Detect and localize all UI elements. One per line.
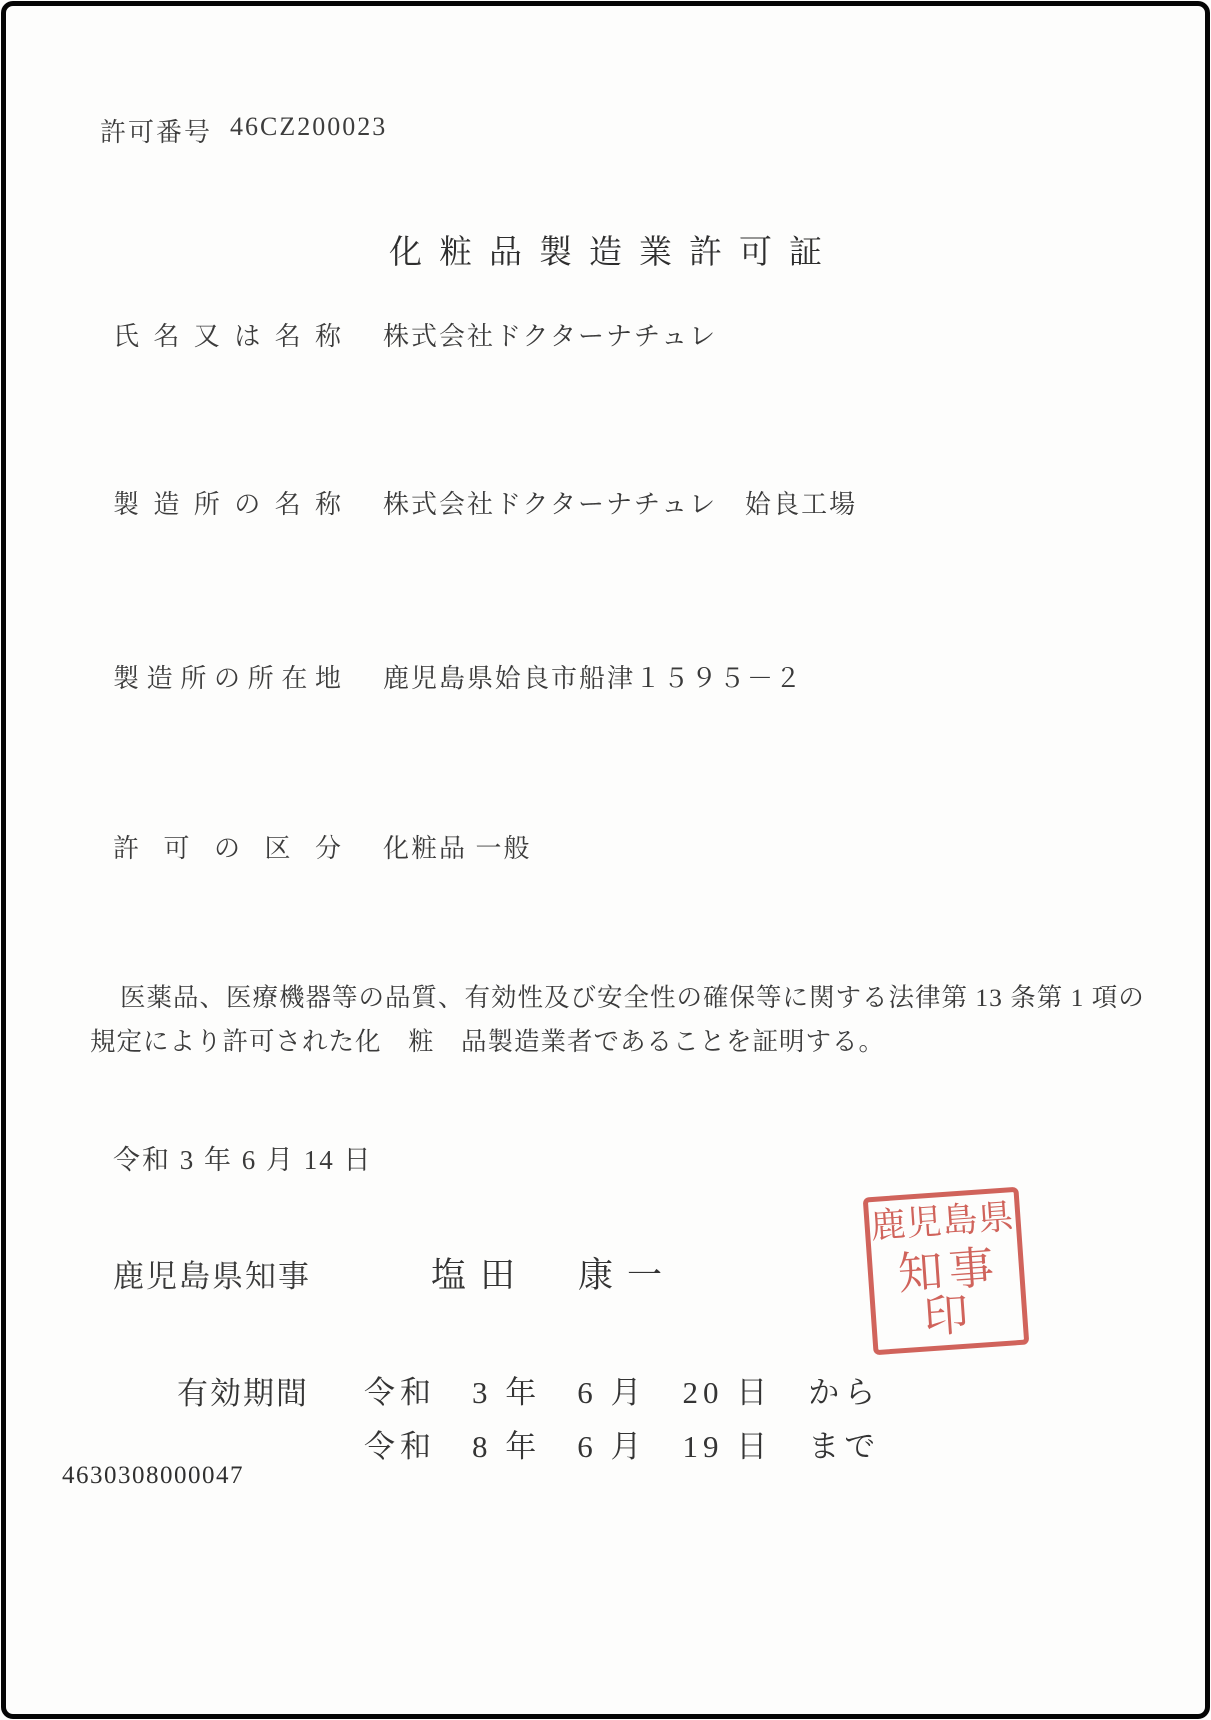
field-label-factory-address: 製造所の所在地 <box>113 658 341 695</box>
governor-seal-line1: 鹿児島県 <box>869 1199 1015 1244</box>
validity-from: 令和 3 年 6 月 20 日 から <box>364 1375 880 1410</box>
document-serial-number: 4630308000047 <box>62 1462 244 1490</box>
field-row-name: 氏名又は名称 株式会社ドクターナチュレ <box>113 316 717 353</box>
field-value-factory-address: 鹿児島県姶良市船津１５９５－２ <box>383 658 803 695</box>
field-label-permit-category: 許可の区分 <box>113 828 341 865</box>
certification-statement: 医薬品、医療機器等の品質、有効性及び安全性の確保等に関する法律第 13 条第 1… <box>90 976 1135 1064</box>
field-label-factory-name: 製造所の名称 <box>113 484 341 521</box>
governor-seal-stamp: 鹿児島県 知事印 <box>863 1187 1030 1355</box>
permit-number-value: 46CZ200023 <box>230 112 387 149</box>
field-label-name: 氏名又は名称 <box>113 316 341 353</box>
validity-to: 令和 8 年 6 月 19 日 まで <box>364 1429 880 1464</box>
permit-number-line: 許可番号 46CZ200023 <box>100 112 387 149</box>
issuer-title: 鹿児島県知事 <box>113 1251 311 1296</box>
certification-statement-line2: 規定により許可された化 粧 品製造業者であることを証明する。 <box>90 1020 1135 1064</box>
field-value-factory-name: 株式会社ドクターナチュレ 姶良工場 <box>383 484 857 521</box>
field-value-permit-category: 化粧品 一般 <box>383 828 532 865</box>
document-title: 化粧品製造業許可証 <box>0 226 1211 273</box>
validity-period-label: 有効期間 <box>177 1366 309 1413</box>
validity-period-section: 有効期間 令和 3 年 6 月 20 日 から 令和 8 年 6 月 19 日 … <box>177 1366 880 1474</box>
field-row-factory-address: 製造所の所在地 鹿児島県姶良市船津１５９５－２ <box>113 658 803 695</box>
license-certificate-page: 許可番号 46CZ200023 化粧品製造業許可証 氏名又は名称 株式会社ドクタ… <box>0 0 1211 1720</box>
issue-date: 令和 3 年 6 月 14 日 <box>113 1138 373 1177</box>
field-row-permit-category: 許可の区分 化粧品 一般 <box>113 828 532 865</box>
validity-period-dates: 令和 3 年 6 月 20 日 から 令和 8 年 6 月 19 日 まで <box>364 1366 880 1474</box>
governor-seal-line2: 知事印 <box>872 1243 1024 1343</box>
issuer-row: 鹿児島県知事 塩田 康一 <box>113 1248 676 1298</box>
field-value-name: 株式会社ドクターナチュレ <box>383 316 717 353</box>
issuer-name: 塩田 康一 <box>431 1248 676 1298</box>
permit-number-label: 許可番号 <box>100 112 212 149</box>
field-row-factory-name: 製造所の名称 株式会社ドクターナチュレ 姶良工場 <box>113 484 857 521</box>
certification-statement-line1: 医薬品、医療機器等の品質、有効性及び安全性の確保等に関する法律第 13 条第 1… <box>90 976 1135 1020</box>
